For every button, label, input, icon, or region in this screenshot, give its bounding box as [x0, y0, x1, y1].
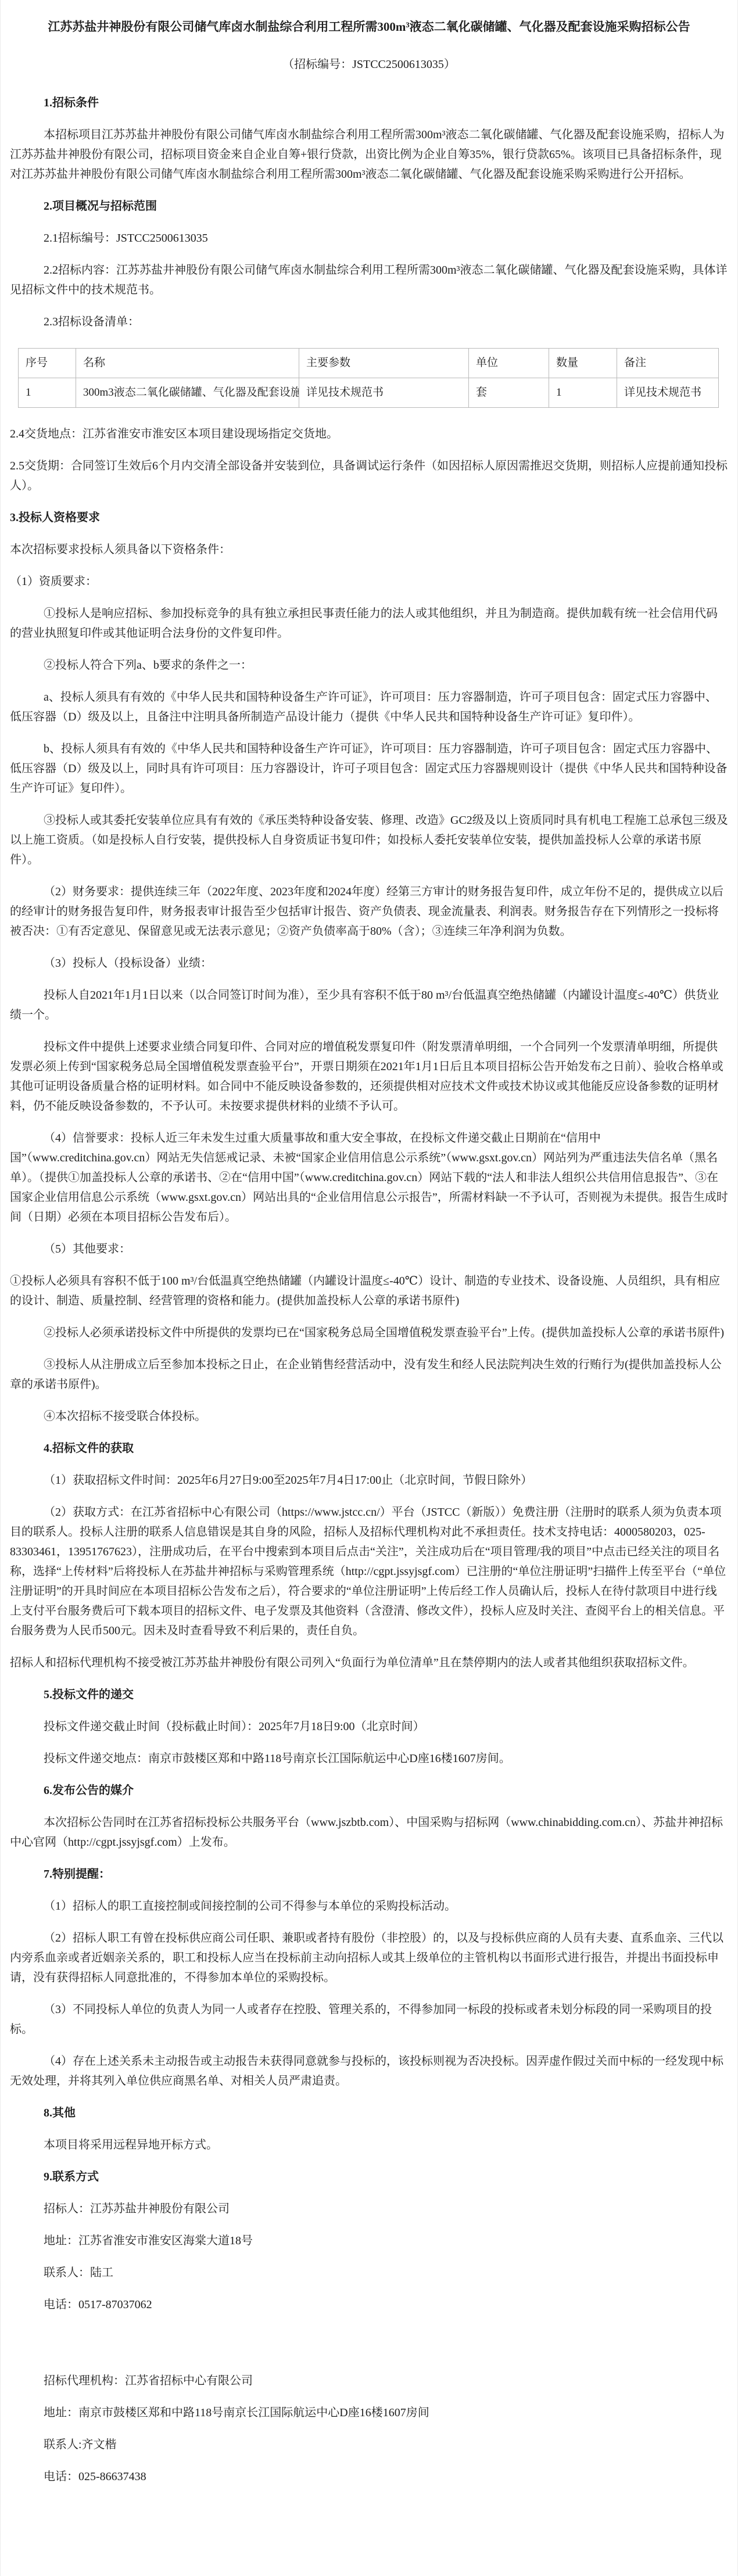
- financial-requirements: （2）财务要求：提供连续三年（2022年度、2023年度和2024年度）经第三方…: [10, 882, 728, 941]
- th-serial: 序号: [19, 349, 76, 378]
- cell-serial: 1: [19, 378, 76, 408]
- equipment-table: 序号 名称 主要参数 单位 数量 备注 1 300m3液态二氧化碳储罐、气化器及…: [18, 348, 719, 408]
- special-reminder-4: （4）存在上述关系未主动报告或主动报告未获得同意就参与投标的，该投标则视为否决投…: [10, 2051, 728, 2091]
- cell-unit: 套: [469, 378, 549, 408]
- delivery-place-line: 2.4交货地点：江苏省淮安市淮安区本项目建设现场指定交货地。: [10, 424, 728, 444]
- other-requirements-item-2: ②投标人必须承诺投标文件中所提供的发票均已在“国家税务总局全国增值税发票查验平台…: [10, 1323, 728, 1343]
- performance-title: （3）投标人（投标设备）业绩：: [10, 953, 728, 973]
- section-2-heading: 2.项目概况与招标范围: [10, 196, 728, 216]
- section-9-heading: 9.联系方式: [10, 2167, 728, 2187]
- other-requirements-item-3: ③投标人从注册成立后至参加本投标之日止，在企业销售经营活动中，没有发生和经人民法…: [10, 1355, 728, 1394]
- section-1-paragraph: 本招标项目江苏苏盐井神股份有限公司储气库卤水制盐综合利用工程所需300m³液态二…: [10, 125, 728, 184]
- blank-line-spacer: [10, 2327, 728, 2359]
- cell-parameters: 详见技术规范书: [299, 378, 469, 408]
- section-7-heading: 7.特别提醒：: [10, 1864, 728, 1884]
- equipment-table-header-row: 序号 名称 主要参数 单位 数量 备注: [19, 349, 719, 378]
- blacklist-notice: 招标人和招标代理机构不接受被江苏苏盐井神股份有限公司列入“负面行为单位清单”且在…: [10, 1653, 728, 1673]
- section-3-heading: 3.投标人资格要求: [10, 508, 728, 528]
- qualification-1-item-1: ①投标人是响应招标、参加投标竞争的具有独立承担民事责任能力的法人或其他组织，并且…: [10, 604, 728, 643]
- qualification-1-item-2b: b、投标人须具有有效的《中华人民共和国特种设备生产许可证》，许可项目：压力容器制…: [10, 739, 728, 798]
- th-quantity: 数量: [549, 349, 617, 378]
- qualification-1-item-3: ③投标人或其委托安装单位应具有有效的《承压类特种设备安装、修理、改造》GC2级及…: [10, 810, 728, 870]
- tenderer-address-line: 地址：江苏省淮安市淮安区海棠大道18号: [10, 2231, 728, 2251]
- delivery-time-line: 2.5交货期：合同签订生效后6个月内交清全部设备并安装到位，具备调试运行条件（如…: [10, 456, 728, 496]
- tenderer-name-line: 招标人：江苏苏盐井神股份有限公司: [10, 2199, 728, 2219]
- th-unit: 单位: [469, 349, 549, 378]
- agency-name-line: 招标代理机构：江苏省招标中心有限公司: [10, 2371, 728, 2391]
- special-reminder-2: （2）招标人职工有曾在投标供应商公司任职、兼职或者持有股份（非控股）的，以及与投…: [10, 1928, 728, 1987]
- document-obtain-time: （1）获取招标文件时间：2025年6月27日9:00至2025年7月4日17:0…: [10, 1470, 728, 1490]
- section-4-heading: 4.招标文件的获取: [10, 1438, 728, 1458]
- tenderer-contact-line: 联系人：陆工: [10, 2263, 728, 2283]
- cell-name: 300m3液态二氧化碳储罐、气化器及配套设施: [76, 378, 299, 408]
- announcement-media-line: 本次招标公告同时在江苏省招标投标公共服务平台（www.jszbtb.com）、中…: [10, 1813, 728, 1852]
- tender-ref-number: （招标编号：JSTCC2500613035）: [10, 56, 728, 73]
- special-reminder-3: （3）不同投标人单位的负责人为同一人或者存在控股、管理关系的，不得参加同一标段的…: [10, 2000, 728, 2039]
- th-parameters: 主要参数: [299, 349, 469, 378]
- th-remark: 备注: [617, 349, 719, 378]
- equipment-list-label: 2.3招标设备清单：: [10, 312, 728, 332]
- tenderer-phone-line: 电话：0517-87037062: [10, 2295, 728, 2315]
- other-requirements-item-1: ①投标人必须具有容积不低于100 m³/台低温真空绝热储罐（内罐设计温度≤-40…: [10, 1271, 728, 1311]
- document-obtain-method: （2）获取方式：在江苏省招标中心有限公司（https://www.jstcc.c…: [10, 1502, 728, 1641]
- special-reminder-1: （1）招标人的职工直接控制或间接控制的公司不得参与本单位的采购投标活动。: [10, 1896, 728, 1916]
- other-requirements-title: （5）其他要求：: [10, 1239, 728, 1259]
- agency-phone-line: 电话：025-86637438: [10, 2467, 728, 2487]
- section-6-heading: 6.发布公告的媒介: [10, 1781, 728, 1800]
- performance-paragraph-1: 投标人自2021年1月1日以来（以合同签订时间为准），至少具有容积不低于80 m…: [10, 985, 728, 1025]
- qualification-1-item-2: ②投标人符合下列a、b要求的条件之一：: [10, 655, 728, 675]
- qualification-1-title: （1）资质要求：: [10, 572, 728, 591]
- page-title: 江苏苏盐井神股份有限公司储气库卤水制盐综合利用工程所需300m³液态二氧化碳储罐…: [33, 17, 705, 36]
- qualification-1-item-2a: a、投标人须具有有效的《中华人民共和国特种设备生产许可证》，许可项目：压力容器制…: [10, 687, 728, 727]
- no-consortium-line: ④本次招标不接受联合体投标。: [10, 1407, 728, 1426]
- bid-submission-place-line: 投标文件递交地点：南京市鼓楼区郑和中路118号南京长江国际航运中心D座16楼16…: [10, 1749, 728, 1768]
- bid-deadline-line: 投标文件递交截止时间（投标截止时间）：2025年7月18日9:00（北京时间）: [10, 1717, 728, 1737]
- performance-paragraph-2: 投标文件中提供上述要求业绩合同复印件、合同对应的增值税发票复印件（附发票清单明细…: [10, 1037, 728, 1116]
- section-5-heading: 5.投标文件的递交: [10, 1685, 728, 1705]
- cell-quantity: 1: [549, 378, 617, 408]
- tender-announcement-document: 江苏苏盐井神股份有限公司储气库卤水制盐综合利用工程所需300m³液态二氧化碳储罐…: [0, 0, 738, 2576]
- agency-contact-line: 联系人:齐文楷: [10, 2435, 728, 2455]
- cell-remark: 详见技术规范书: [617, 378, 719, 408]
- th-name: 名称: [76, 349, 299, 378]
- tender-content-line: 2.2招标内容：江苏苏盐井神股份有限公司储气库卤水制盐综合利用工程所需300m³…: [10, 260, 728, 300]
- qualification-intro: 本次招标要求投标人须具备以下资格条件：: [10, 540, 728, 559]
- tender-number-line: 2.1招标编号：JSTCC2500613035: [10, 228, 728, 248]
- section-8-heading: 8.其他: [10, 2103, 728, 2123]
- equipment-table-row: 1 300m3液态二氧化碳储罐、气化器及配套设施 详见技术规范书 套 1 详见技…: [19, 378, 719, 408]
- section-1-heading: 1.招标条件: [10, 93, 728, 113]
- remote-bid-opening-line: 本项目将采用远程异地开标方式。: [10, 2135, 728, 2155]
- credit-requirements: （4）信誉要求：投标人近三年未发生过重大质量事故和重大安全事故，在投标文件递交截…: [10, 1128, 728, 1227]
- agency-address-line: 地址：南京市鼓楼区郑和中路118号南京长江国际航运中心D座16楼1607房间: [10, 2403, 728, 2423]
